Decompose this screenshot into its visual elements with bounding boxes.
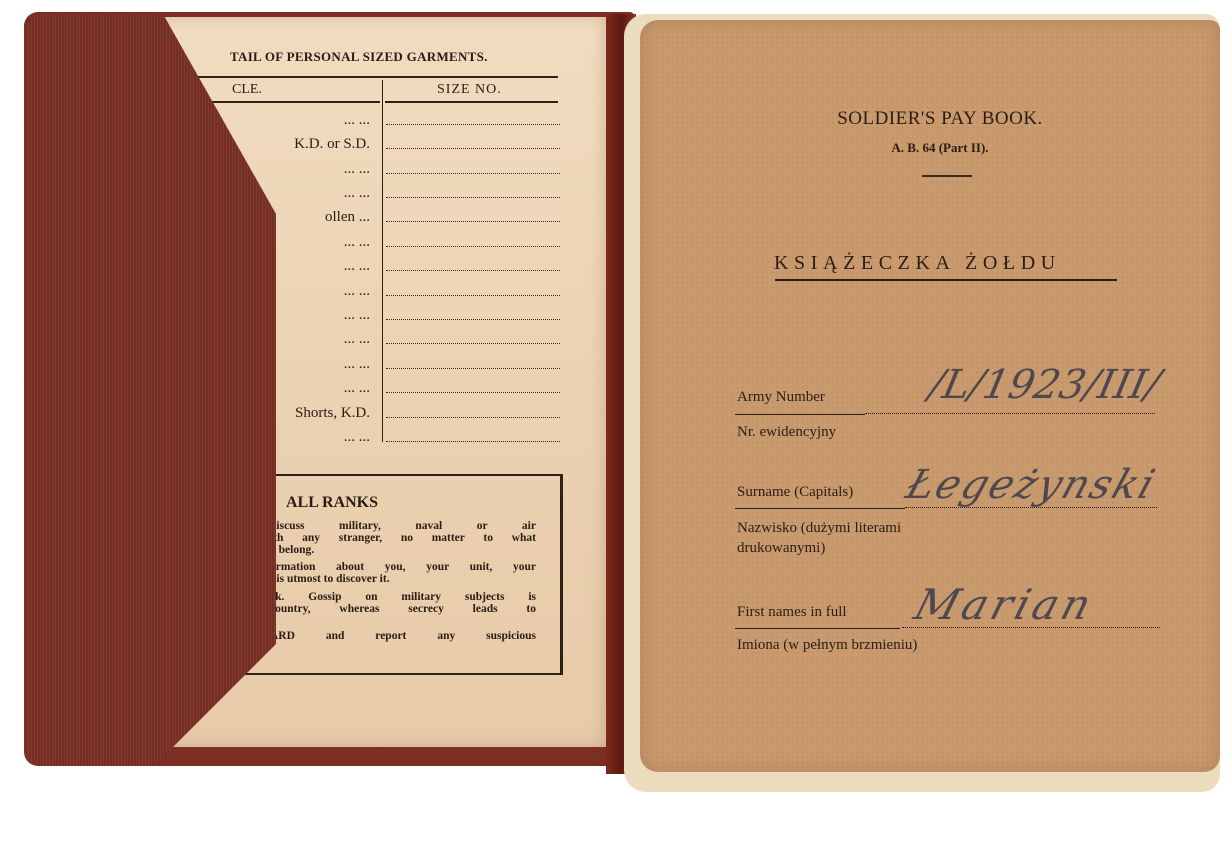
size-entry-line [386,417,560,418]
notice-line: ormation about you, your unit, your [270,561,536,573]
header-rule-right [385,101,558,103]
notice-line: ARD and report any suspicious [270,630,536,642]
pay-book-photo: TAIL OF PERSONAL SIZED GARMENTS. CLE. SI… [0,0,1232,848]
size-entry-line [386,246,560,247]
first-names-value: Marian [909,580,1101,629]
notice-line: rk. Gossip on military subjects is [270,591,536,603]
size-entry-line [386,392,560,393]
article-column-header: CLE. [232,82,262,98]
size-column-header: SIZE NO. [437,82,502,98]
title-divider [922,175,972,177]
pay-book-title: SOLDIER'S PAY BOOK. [770,108,1110,130]
size-entry-line [386,173,560,174]
security-notice-title: ALL RANKS [286,494,378,512]
notice-line: ith any stranger, no matter to what [270,532,536,544]
surname-label-pl: Nazwisko (dużymi literami [737,520,901,537]
size-entry-line [386,343,560,344]
size-entry-line [386,270,560,271]
polish-title-underline [775,279,1117,281]
first-names-label-pl: Imiona (w pełnym brzmieniu) [737,637,917,654]
notice-line: his utmost to discover it. [270,573,536,585]
army-number-value: /L/1923/III/ [925,362,1164,408]
garments-section-title: TAIL OF PERSONAL SIZED GARMENTS. [230,49,488,65]
surname-value: Łegeżynski [901,462,1163,508]
army-number-label: Army Number [737,389,825,406]
pay-book-subtitle: A. B. 64 (Part II). [770,140,1110,156]
army-number-label-pl: Nr. ewidencyjny [737,424,836,441]
size-entry-line [386,221,560,222]
first-names-label: First names in full [737,604,847,621]
size-entry-line [386,124,560,125]
notice-line: discuss military, naval or air [270,520,536,532]
surname-underline [735,508,905,509]
notice-line: country, whereas secrecy leads to [270,603,536,615]
title-rule [180,76,558,78]
army-number-entry-line [865,413,1155,414]
first-names-underline [735,628,900,629]
surname-label: Surname (Capitals) [737,484,853,501]
polish-title: KSIĄŻECZKA ŻOŁDU [774,252,1120,275]
surname-label-pl-2: drukowanymi) [737,540,825,557]
size-entry-line [386,197,560,198]
size-entry-line [386,319,560,320]
army-number-underline [735,414,865,415]
size-entry-line [386,441,560,442]
size-entry-line [386,368,560,369]
notice-line: y belong. [270,544,536,556]
size-entry-line [386,295,560,296]
size-entry-line [386,148,560,149]
